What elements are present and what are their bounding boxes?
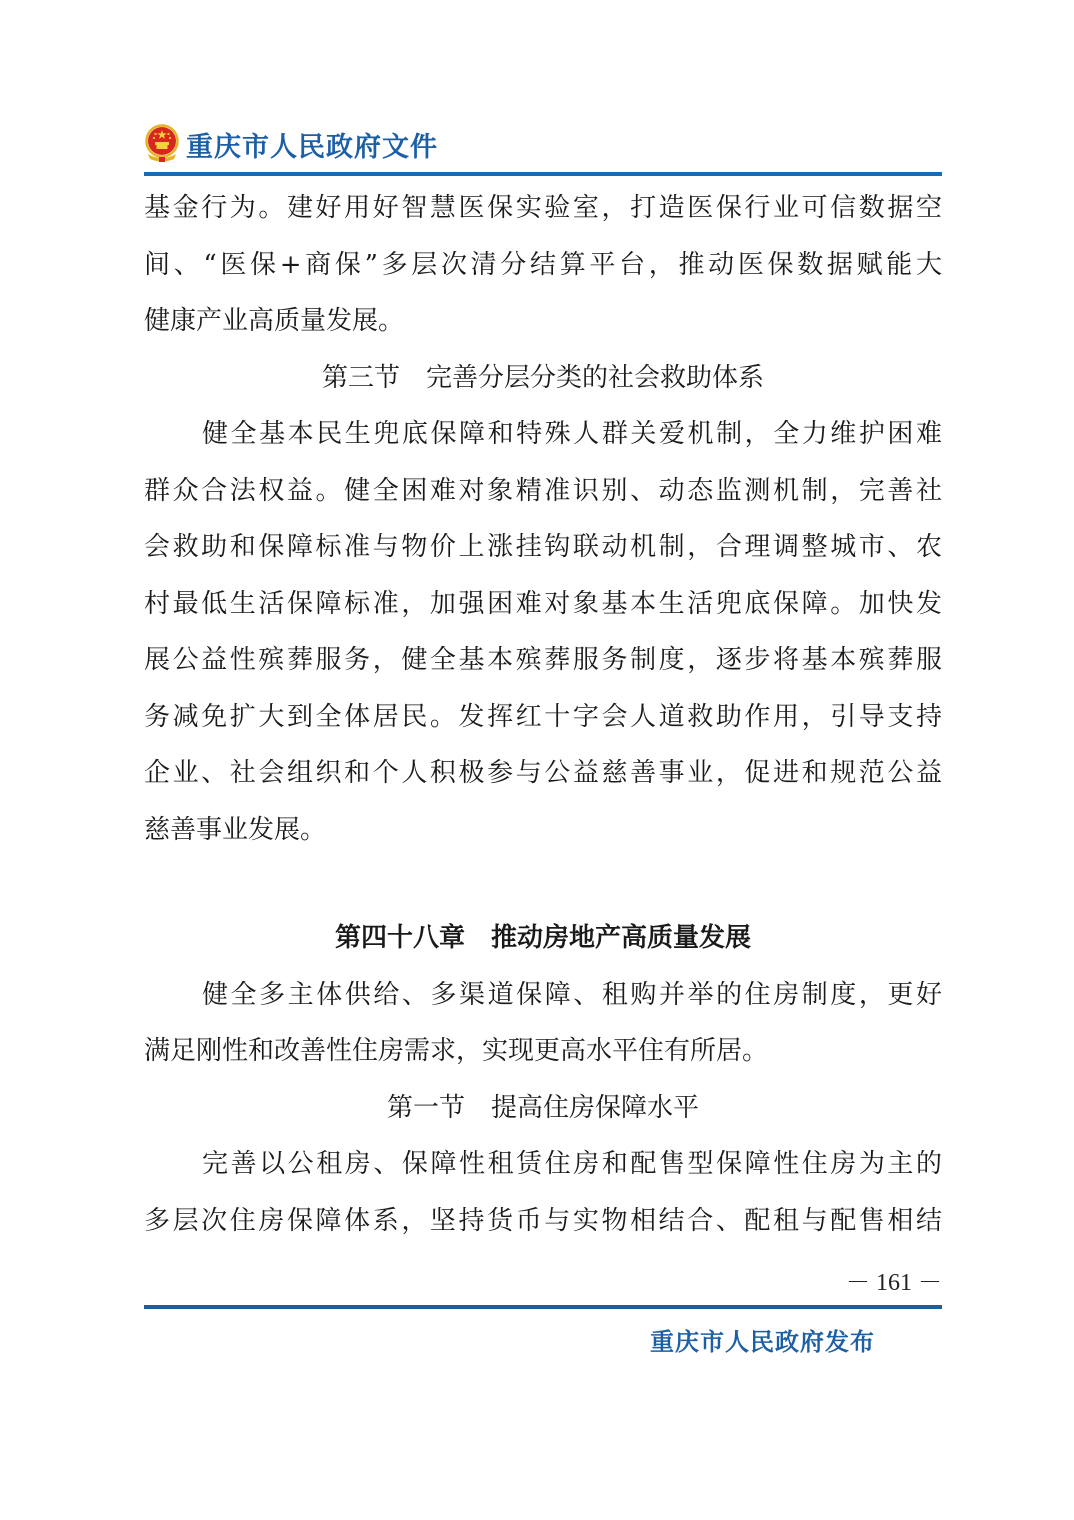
section-title: 第三节 完善分层分类的社会救助体系	[144, 350, 942, 407]
document-body: 基金行为。建好用好智慧医保实验室，打造医保行业可信数据空 间、“医保+商保”多层…	[144, 180, 942, 1249]
footer-publisher: 重庆市人民政府发布	[650, 1322, 875, 1357]
text-line: 群众合法权益。健全困难对象精准识别、动态监测机制，完善社	[144, 463, 942, 520]
text-line: 村最低生活保障标准，加强困难对象基本生活兜底保障。加快发	[144, 576, 942, 633]
header-title: 重庆市人民政府文件	[186, 125, 438, 164]
text-line: 多层次住房保障体系，坚持货币与实物相结合、配租与配售相结	[144, 1193, 942, 1250]
section-paragraph: 完善以公租房、保障性租赁住房和配售型保障性住房为主的 多层次住房保障体系，坚持货…	[144, 1136, 942, 1249]
chapter-title: 第四十八章 推动房地产高质量发展	[144, 910, 942, 967]
text-line: 务减免扩大到全体居民。发挥红十字会人道救助作用，引导支持	[144, 689, 942, 746]
text-line: 健全基本民生兜底保障和特殊人群关爱机制，全力维护困难	[144, 406, 942, 463]
footer-divider	[144, 1305, 942, 1309]
text-line: 会救助和保障标准与物价上涨挂钩联动机制，合理调整城市、农	[144, 519, 942, 576]
text-line: 健全多主体供给、多渠道保障、租购并举的住房制度，更好	[144, 967, 942, 1024]
text-line: 展公益性殡葬服务，健全基本殡葬服务制度，逐步将基本殡葬服	[144, 632, 942, 689]
chapter-paragraph: 健全多主体供给、多渠道保障、租购并举的住房制度，更好 满足刚性和改善性住房需求，…	[144, 967, 942, 1080]
header-divider	[144, 172, 942, 176]
text-line: 企业、社会组织和个人积极参与公益慈善事业，促进和规范公益	[144, 745, 942, 802]
page-number: － 161 －	[846, 1262, 942, 1297]
text-line: 完善以公租房、保障性租赁住房和配售型保障性住房为主的	[144, 1136, 942, 1193]
document-header: 重庆市人民政府文件	[144, 122, 438, 166]
text-line: 满足刚性和改善性住房需求，实现更高水平住有所居。	[144, 1023, 942, 1080]
text-line: 慈善事业发展。	[144, 802, 942, 859]
text-line: 基金行为。建好用好智慧医保实验室，打造医保行业可信数据空	[144, 180, 942, 237]
continued-paragraph: 基金行为。建好用好智慧医保实验室，打造医保行业可信数据空 间、“医保+商保”多层…	[144, 180, 942, 350]
text-line: 健康产业高质量发展。	[144, 293, 942, 350]
national-emblem-icon	[144, 124, 180, 164]
section-title: 第一节 提高住房保障水平	[144, 1080, 942, 1137]
text-line: 间、“医保+商保”多层次清分结算平台，推动医保数据赋能大	[144, 237, 942, 294]
section-paragraph: 健全基本民生兜底保障和特殊人群关爱机制，全力维护困难 群众合法权益。健全困难对象…	[144, 406, 942, 858]
